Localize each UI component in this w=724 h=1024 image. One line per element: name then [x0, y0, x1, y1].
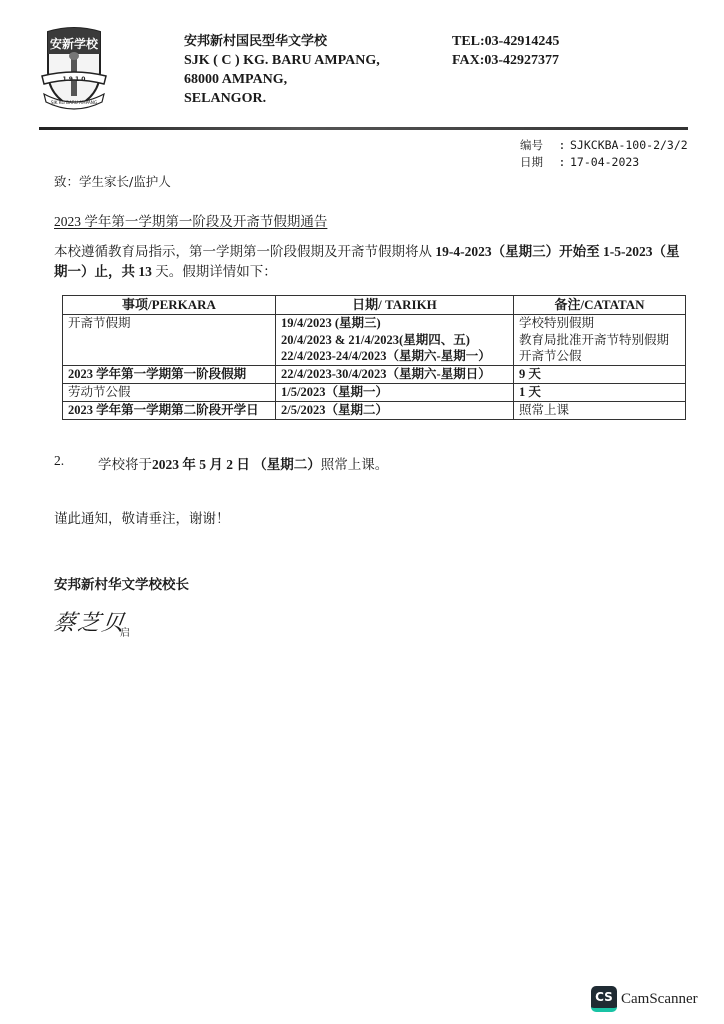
column-header-date: 日期/ TARIKH	[276, 296, 514, 315]
table-row: 2023 学年第一学期第二阶段开学日 2/5/2023（星期二） 照常上课	[63, 402, 686, 420]
camscanner-label: CamScanner	[621, 991, 698, 1008]
camscanner-logo-icon: CS	[591, 986, 617, 1012]
point-number: 2.	[54, 453, 98, 473]
reference-number-row: 编号 : SJKCKBA-100-2/3/2	[520, 137, 688, 154]
svg-text:1 9 1 0: 1 9 1 0	[63, 76, 86, 83]
item-cell: 2023 学年第一学期第一阶段假期	[63, 366, 276, 384]
camscanner-watermark: CS CamScanner	[591, 986, 698, 1012]
notice-paragraph: 本校遵循教育局指示，第一学期第一阶段假期及开斋节假期将从 19-4-2023（星…	[54, 242, 689, 282]
header-divider	[39, 127, 688, 130]
table-row: 开斋节假期 19/4/2023 (星期三) 20/4/2023 & 21/4/2…	[63, 315, 686, 366]
school-name: SJK ( C ) KG. BARU AMPANG,	[184, 51, 380, 70]
contact-info: TEL:03-42914245 FAX:03-42927377	[452, 32, 559, 70]
signature-suffix: 启	[120, 624, 130, 639]
item-cell: 劳动节公假	[63, 384, 276, 402]
ref-label: 编号	[520, 137, 554, 154]
point-2: 2. 学校将于 2023 年 5 月 2 日 （星期二）照常上课。	[54, 453, 388, 473]
date-label: 日期	[520, 154, 554, 171]
signature: 蔡芝贝	[52, 606, 128, 637]
principal-title: 安邦新村华文学校校长	[54, 573, 189, 593]
item-cell: 2023 学年第一学期第二阶段开学日	[63, 402, 276, 420]
date-cell: 2/5/2023（星期二）	[276, 402, 514, 420]
reference-date-row: 日期 : 17-04-2023	[520, 154, 688, 171]
school-name-cn: 安邦新村国民型华文学校	[184, 32, 380, 51]
ref-value: SJKCKBA-100-2/3/2	[570, 137, 688, 154]
date-cell: 1/5/2023（星期一）	[276, 384, 514, 402]
recipient: 致：学生家长/监护人	[54, 172, 171, 190]
school-crest-icon: 安新学校 1 9 1 0 SJK KG BARU AMPANG	[38, 24, 110, 114]
address-line-1: 68000 AMPANG,	[184, 70, 380, 89]
notes-cell: 9 天	[514, 366, 686, 384]
address-line-2: SELANGOR.	[184, 89, 380, 108]
column-header-notes: 备注/CATATAN	[514, 296, 686, 315]
reference-block: 编号 : SJKCKBA-100-2/3/2 日期 : 17-04-2023	[520, 137, 688, 171]
date-cell: 19/4/2023 (星期三) 20/4/2023 & 21/4/2023(星期…	[276, 315, 514, 366]
notice-subject: 2023 学年第一学期第一阶段及开斋节假期通告	[54, 210, 327, 230]
date-value: 17-04-2023	[570, 154, 639, 171]
tel-number: TEL:03-42914245	[452, 32, 559, 51]
table-row: 2023 学年第一学期第一阶段假期 22/4/2023-30/4/2023（星期…	[63, 366, 686, 384]
item-cell: 开斋节假期	[63, 315, 276, 366]
notes-cell: 照常上课	[514, 402, 686, 420]
table-header-row: 事项/PERKARA 日期/ TARIKH 备注/CATATAN	[63, 296, 686, 315]
closing-line: 谨此通知，敬请垂注，谢谢！	[54, 507, 230, 527]
resume-date: 2023 年 5 月 2 日 （星期二）	[152, 453, 321, 473]
table-row: 劳动节公假 1/5/2023（星期一） 1 天	[63, 384, 686, 402]
fax-number: FAX:03-42927377	[452, 51, 559, 70]
column-header-item: 事项/PERKARA	[63, 296, 276, 315]
notes-cell: 1 天	[514, 384, 686, 402]
date-cell: 22/4/2023-30/4/2023（星期六-星期日）	[276, 366, 514, 384]
svg-text:SJK KG BARU AMPANG: SJK KG BARU AMPANG	[51, 100, 97, 105]
svg-text:安新学校: 安新学校	[50, 36, 99, 51]
holiday-table: 事项/PERKARA 日期/ TARIKH 备注/CATATAN 开斋节假期 1…	[62, 295, 686, 420]
school-info: 安邦新村国民型华文学校 SJK ( C ) KG. BARU AMPANG, 6…	[184, 32, 380, 108]
notes-cell: 学校特别假期 教育局批准开斋节特别假期 开斋节公假	[514, 315, 686, 366]
